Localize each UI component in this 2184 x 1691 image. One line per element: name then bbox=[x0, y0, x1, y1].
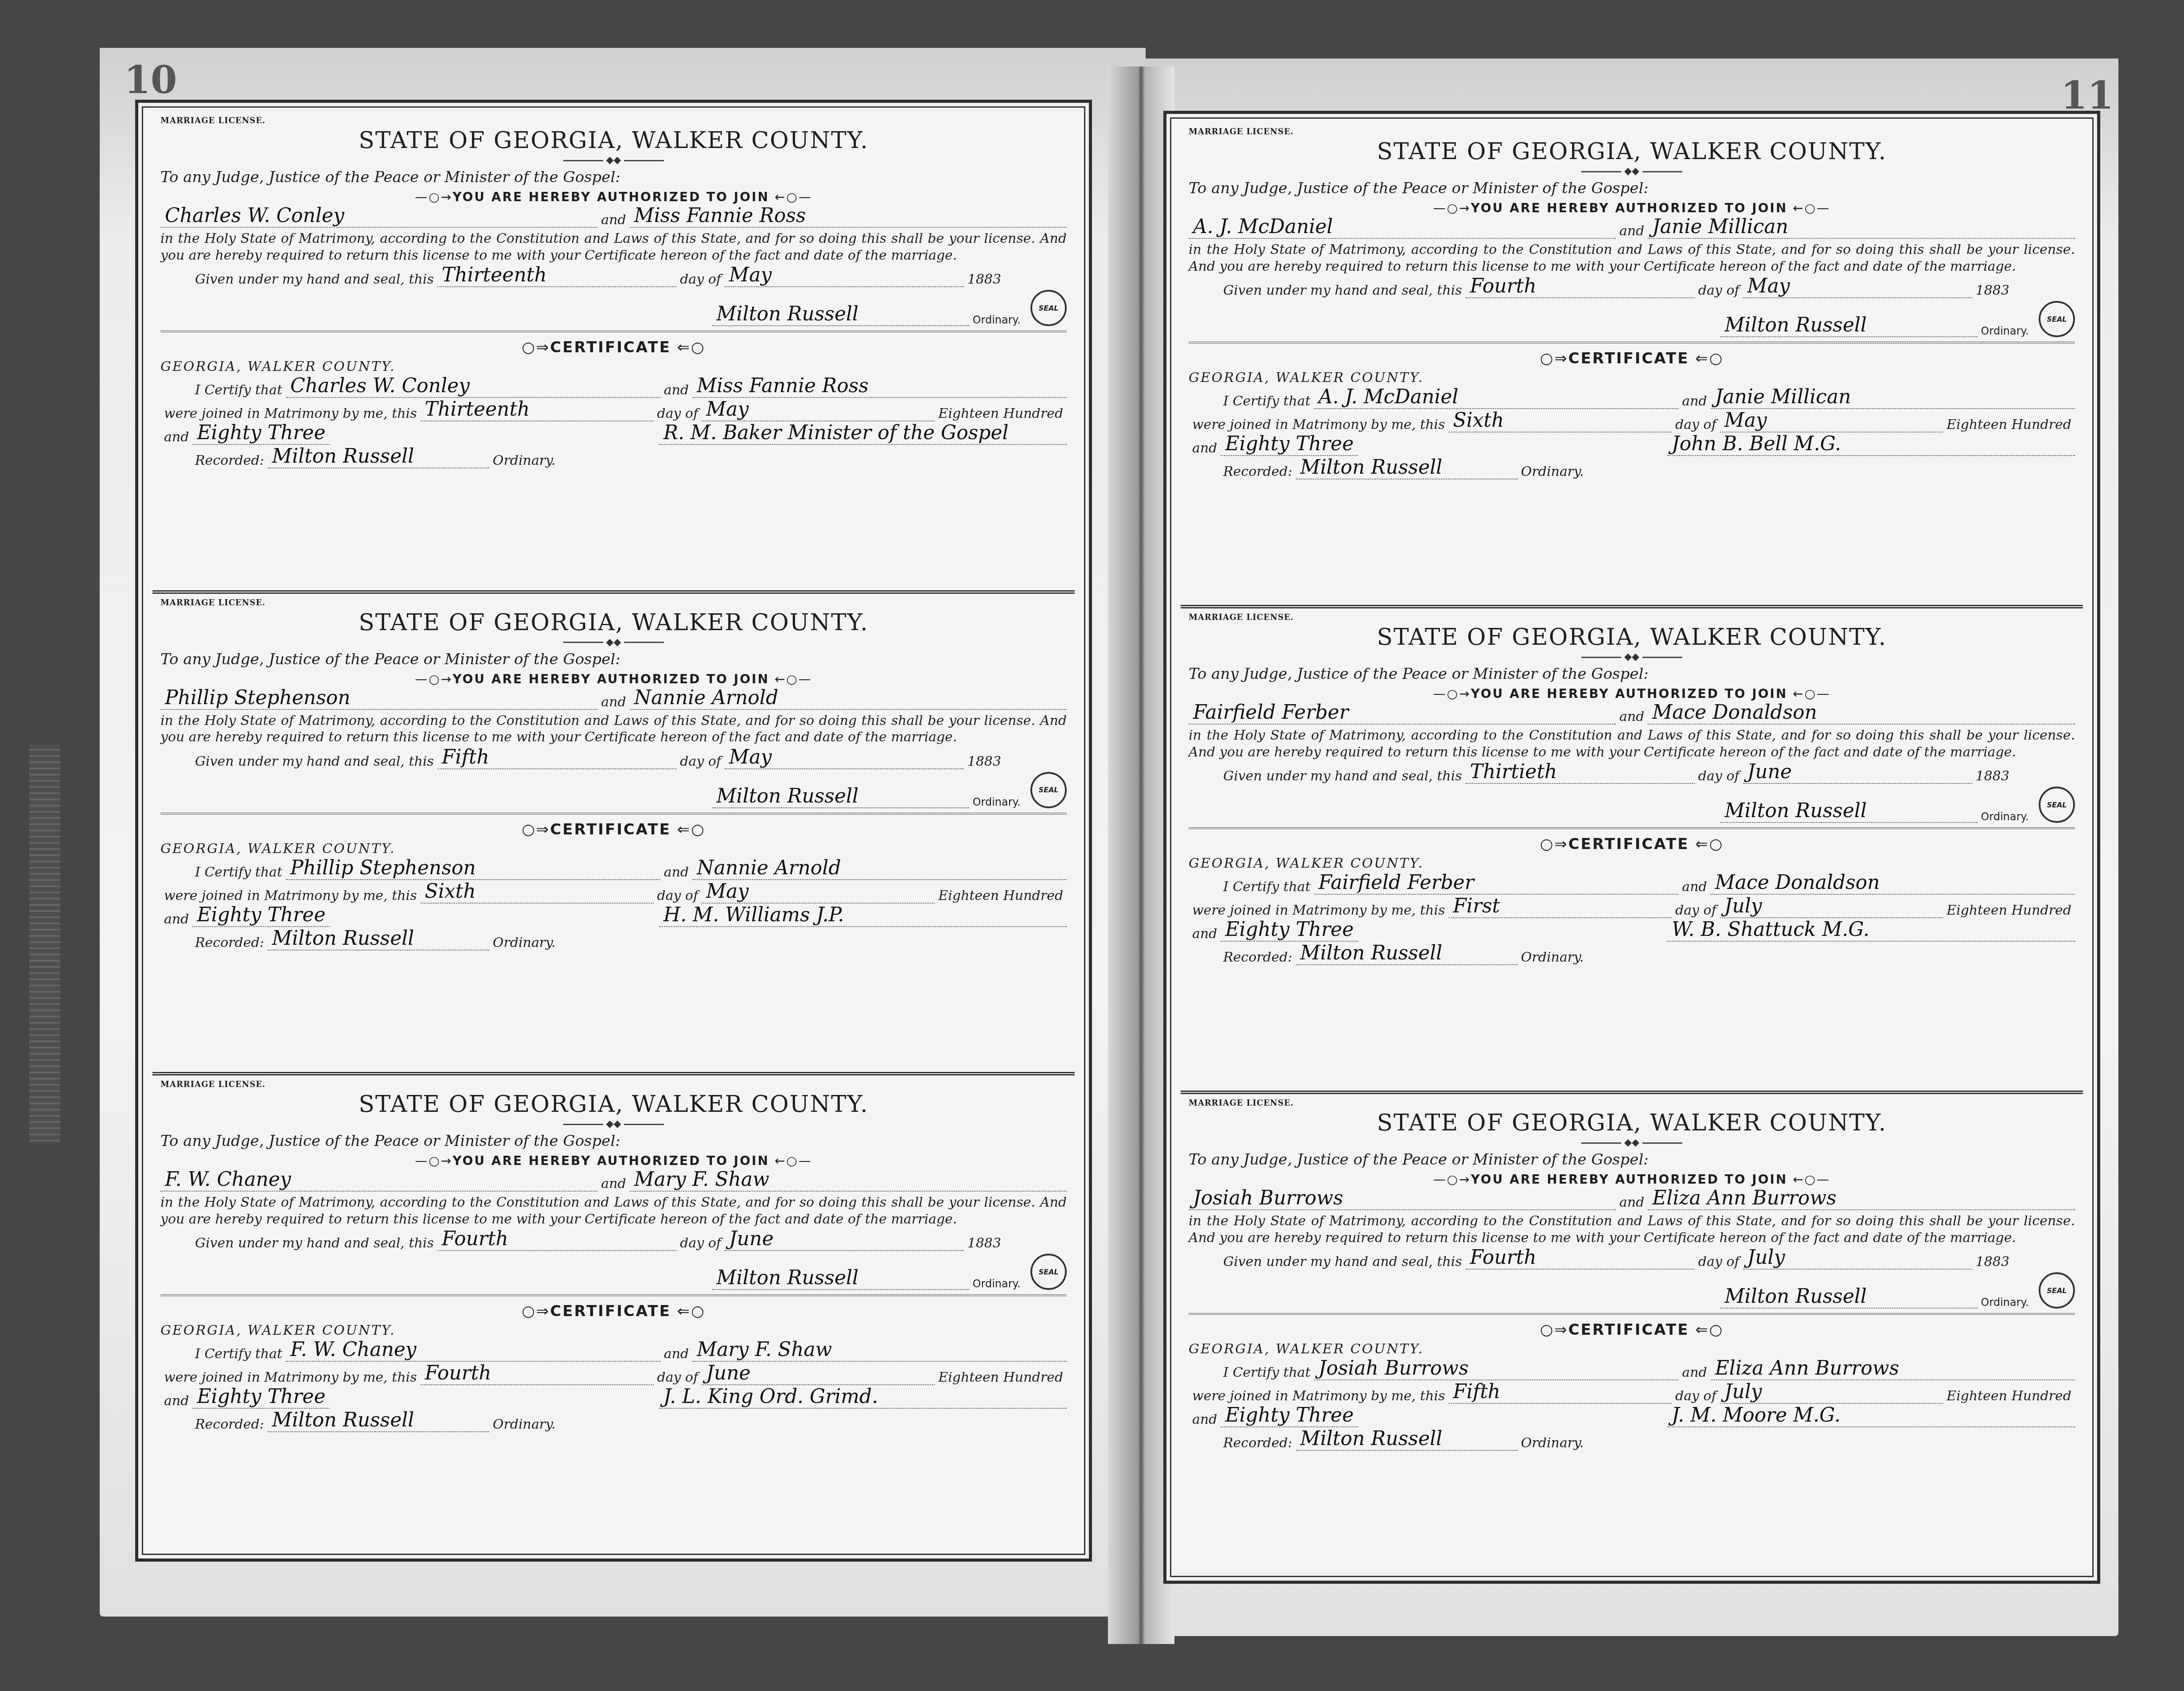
eighteen-hundred-label: Eighteen Hundred bbox=[935, 1370, 1067, 1385]
certificate-heading: CERTIFICATE bbox=[160, 331, 1067, 356]
joined-day: Sixth bbox=[421, 880, 654, 904]
license-tag: MARRIAGE LICENSE. bbox=[160, 598, 1067, 608]
recorded-row: Recorded: Milton Russell Ordinary. bbox=[1189, 1427, 2075, 1451]
cert-bride-name: Mary F. Shaw bbox=[692, 1338, 1067, 1362]
right-page-entries: MARRIAGE LICENSE. STATE OF GEORGIA, WALK… bbox=[1181, 123, 2083, 1576]
and-year-label: and bbox=[1189, 1412, 1221, 1427]
license-salutation: To any Judge, Justice of the Peace or Mi… bbox=[1189, 665, 2075, 683]
license-title: STATE OF GEORGIA, WALKER COUNTY. bbox=[1189, 1110, 2075, 1136]
and-label: and bbox=[1678, 1365, 1710, 1380]
seal-icon: SEAL bbox=[2039, 301, 2075, 337]
certificate-heading: CERTIFICATE bbox=[1189, 1313, 2075, 1339]
certify-row: I Certify that A. J. McDaniel and Janie … bbox=[1189, 386, 2075, 409]
license-title: STATE OF GEORGIA, WALKER COUNTY. bbox=[1189, 624, 2075, 651]
groom-name: A. J. McDaniel bbox=[1189, 215, 1616, 239]
day-of-label: day of bbox=[1672, 1388, 1720, 1404]
and-label: and bbox=[1678, 394, 1710, 409]
joined-prefix: were joined in Matrimony by me, this bbox=[160, 888, 421, 904]
day-of-label: day of bbox=[676, 754, 725, 769]
joined-day: Fourth bbox=[421, 1362, 654, 1385]
seal-icon: SEAL bbox=[1030, 772, 1067, 808]
joined-day: Thirteenth bbox=[421, 398, 654, 421]
ordinary-signature: Milton Russell bbox=[712, 1266, 969, 1290]
ordinary-signature-row: Milton Russell Ordinary. SEAL bbox=[160, 772, 1067, 808]
given-prefix: Given under my hand and seal, this bbox=[191, 754, 437, 769]
ordinary-label: Ordinary. bbox=[1977, 1296, 2032, 1309]
given-month: May bbox=[725, 746, 964, 769]
joined-day: Sixth bbox=[1449, 409, 1672, 432]
couple-row: Fairfield Ferber and Mace Donaldson bbox=[1189, 701, 2075, 725]
bride-name: Janie Millican bbox=[1648, 215, 2075, 239]
license-year: 1883 bbox=[964, 754, 1005, 769]
cert-groom-name: Phillip Stephenson bbox=[286, 857, 660, 880]
and-label: and bbox=[1616, 1195, 1648, 1210]
authorized-heading: YOU ARE HEREBY AUTHORIZED TO JOIN bbox=[1189, 201, 2075, 215]
joined-row: were joined in Matrimony by me, this Fir… bbox=[1189, 895, 2075, 918]
license-body: in the Holy State of Matrimony, accordin… bbox=[160, 230, 1067, 264]
authorized-heading: YOU ARE HEREBY AUTHORIZED TO JOIN bbox=[160, 672, 1067, 686]
joined-row: were joined in Matrimony by me, this Six… bbox=[1189, 409, 2075, 432]
given-row: Given under my hand and seal, this Fourt… bbox=[160, 1227, 1067, 1251]
year-officiant-row: and Eighty Three J. L. King Ord. Grimd. bbox=[160, 1385, 1067, 1409]
certify-row: I Certify that Fairfield Ferber and Mace… bbox=[1189, 871, 2075, 895]
couple-row: Josiah Burrows and Eliza Ann Burrows bbox=[1189, 1187, 2075, 1210]
and-label: and bbox=[660, 1346, 692, 1362]
page-number-left: 10 bbox=[124, 58, 177, 102]
year-in-words: Eighty Three bbox=[192, 1385, 330, 1409]
license-year: 1883 bbox=[1972, 768, 2013, 784]
given-month: May bbox=[1743, 275, 1972, 298]
recorded-label: Recorded: bbox=[191, 935, 268, 951]
ordinary-label: Ordinary. bbox=[969, 314, 1024, 326]
and-year-label: and bbox=[1189, 440, 1221, 456]
officiant-signature: J. M. Moore M.G. bbox=[1667, 1404, 2075, 1427]
groom-name: F. W. Chaney bbox=[160, 1168, 597, 1192]
license-year: 1883 bbox=[964, 1235, 1005, 1251]
recorded-row: Recorded: Milton Russell Ordinary. bbox=[160, 927, 1067, 951]
eighteen-hundred-label: Eighteen Hundred bbox=[935, 406, 1067, 421]
left-page-entries: MARRIAGE LICENSE. STATE OF GEORGIA, WALK… bbox=[152, 112, 1075, 1554]
license-salutation: To any Judge, Justice of the Peace or Mi… bbox=[160, 651, 1067, 668]
license-body: in the Holy State of Matrimony, accordin… bbox=[160, 1194, 1067, 1227]
license-body: in the Holy State of Matrimony, accordin… bbox=[1189, 242, 2075, 275]
license-tag: MARRIAGE LICENSE. bbox=[1189, 127, 2075, 136]
groom-name: Fairfield Ferber bbox=[1189, 701, 1616, 725]
recorded-row: Recorded: Milton Russell Ordinary. bbox=[160, 445, 1067, 468]
recorded-label: Recorded: bbox=[191, 1417, 268, 1432]
couple-row: A. J. McDaniel and Janie Millican bbox=[1189, 215, 2075, 239]
joined-prefix: were joined in Matrimony by me, this bbox=[1189, 903, 1449, 918]
ordinary-label: Ordinary. bbox=[1517, 1435, 1587, 1451]
officiant-signature: J. L. King Ord. Grimd. bbox=[659, 1385, 1067, 1409]
bride-name: Nannie Arnold bbox=[630, 686, 1067, 710]
given-day: Fifth bbox=[437, 746, 677, 769]
bride-name: Miss Fannie Ross bbox=[630, 204, 1067, 228]
ordinary-signature: Milton Russell bbox=[712, 785, 969, 808]
certify-row: I Certify that Charles W. Conley and Mis… bbox=[160, 374, 1067, 398]
license-tag: MARRIAGE LICENSE. bbox=[1189, 1099, 2075, 1108]
joined-row: were joined in Matrimony by me, this Thi… bbox=[160, 398, 1067, 421]
license-title: STATE OF GEORGIA, WALKER COUNTY. bbox=[160, 609, 1067, 636]
ordinary-label: Ordinary. bbox=[1977, 325, 2032, 337]
license-title: STATE OF GEORGIA, WALKER COUNTY. bbox=[160, 1091, 1067, 1118]
year-in-words: Eighty Three bbox=[192, 904, 330, 927]
marriage-record: MARRIAGE LICENSE. STATE OF GEORGIA, WALK… bbox=[1181, 608, 2083, 1094]
ordinary-label: Ordinary. bbox=[489, 1417, 559, 1432]
given-prefix: Given under my hand and seal, this bbox=[1220, 283, 1466, 298]
marriage-record: MARRIAGE LICENSE. STATE OF GEORGIA, WALK… bbox=[152, 594, 1075, 1076]
and-label: and bbox=[597, 1176, 629, 1192]
license-tag: MARRIAGE LICENSE. bbox=[160, 1080, 1067, 1089]
license-year: 1883 bbox=[1972, 1254, 2013, 1270]
couple-row: F. W. Chaney and Mary F. Shaw bbox=[160, 1168, 1067, 1192]
authorized-heading: YOU ARE HEREBY AUTHORIZED TO JOIN bbox=[160, 190, 1067, 204]
and-year-label: and bbox=[160, 912, 192, 927]
divider-ornament-icon: ◆◆ bbox=[1189, 166, 2075, 177]
recorded-by-signature: Milton Russell bbox=[268, 927, 489, 951]
certificate-heading: CERTIFICATE bbox=[160, 1294, 1067, 1320]
cert-bride-name: Mace Donaldson bbox=[1711, 871, 2075, 895]
recorded-row: Recorded: Milton Russell Ordinary. bbox=[1189, 942, 2075, 965]
officiant-signature: R. M. Baker Minister of the Gospel bbox=[659, 421, 1067, 445]
marriage-record: MARRIAGE LICENSE. STATE OF GEORGIA, WALK… bbox=[152, 112, 1075, 594]
joined-row: were joined in Matrimony by me, this Fou… bbox=[160, 1362, 1067, 1385]
certify-prefix: I Certify that bbox=[191, 1346, 286, 1362]
joined-row: were joined in Matrimony by me, this Fif… bbox=[1189, 1380, 2075, 1404]
joined-month: May bbox=[702, 880, 935, 904]
recorded-by-signature: Milton Russell bbox=[268, 1409, 489, 1432]
authorized-heading: YOU ARE HEREBY AUTHORIZED TO JOIN bbox=[1189, 1172, 2075, 1187]
recorded-row: Recorded: Milton Russell Ordinary. bbox=[160, 1409, 1067, 1432]
license-year: 1883 bbox=[1972, 283, 2013, 298]
certify-prefix: I Certify that bbox=[191, 382, 286, 398]
given-prefix: Given under my hand and seal, this bbox=[1220, 1254, 1466, 1270]
recorded-label: Recorded: bbox=[1220, 464, 1296, 479]
year-in-words: Eighty Three bbox=[1221, 1404, 1358, 1427]
joined-prefix: were joined in Matrimony by me, this bbox=[1189, 417, 1449, 432]
certify-prefix: I Certify that bbox=[1220, 879, 1314, 895]
ordinary-label: Ordinary. bbox=[969, 1278, 1024, 1290]
certificate-county: GEORGIA, WALKER COUNTY. bbox=[160, 841, 1067, 857]
given-row: Given under my hand and seal, this Thirt… bbox=[1189, 760, 2075, 784]
license-year: 1883 bbox=[964, 272, 1005, 287]
recorded-by-signature: Milton Russell bbox=[1296, 456, 1517, 479]
joined-prefix: were joined in Matrimony by me, this bbox=[1189, 1388, 1449, 1404]
ordinary-signature: Milton Russell bbox=[1720, 799, 1977, 823]
ordinary-signature: Milton Russell bbox=[1720, 1285, 1977, 1309]
certificate-county: GEORGIA, WALKER COUNTY. bbox=[1189, 370, 2075, 386]
given-day: Fourth bbox=[1466, 275, 1695, 298]
license-title: STATE OF GEORGIA, WALKER COUNTY. bbox=[160, 127, 1067, 154]
day-of-label: day of bbox=[1695, 768, 1743, 784]
and-label: and bbox=[1678, 879, 1710, 895]
left-page-frame: MARRIAGE LICENSE. STATE OF GEORGIA, WALK… bbox=[135, 100, 1092, 1562]
recorded-by-signature: Milton Russell bbox=[1296, 1427, 1517, 1451]
year-in-words: Eighty Three bbox=[1221, 432, 1358, 456]
joined-day: First bbox=[1449, 895, 1672, 918]
given-day: Thirteenth bbox=[437, 264, 677, 287]
ordinary-signature: Milton Russell bbox=[712, 303, 969, 326]
recorded-by-signature: Milton Russell bbox=[268, 445, 489, 468]
eighteen-hundred-label: Eighteen Hundred bbox=[1943, 1388, 2075, 1404]
recorded-label: Recorded: bbox=[1220, 950, 1296, 965]
joined-month: June bbox=[702, 1362, 935, 1385]
marriage-record: MARRIAGE LICENSE. STATE OF GEORGIA, WALK… bbox=[1181, 1094, 2083, 1576]
day-of-label: day of bbox=[676, 272, 725, 287]
ordinary-signature: Milton Russell bbox=[1720, 314, 1977, 337]
couple-row: Charles W. Conley and Miss Fannie Ross bbox=[160, 204, 1067, 228]
given-row: Given under my hand and seal, this Fourt… bbox=[1189, 1246, 2075, 1270]
given-row: Given under my hand and seal, this Fifth… bbox=[160, 746, 1067, 769]
and-year-label: and bbox=[1189, 926, 1221, 942]
license-body: in the Holy State of Matrimony, accordin… bbox=[1189, 1213, 2075, 1246]
eighteen-hundred-label: Eighteen Hundred bbox=[1943, 417, 2075, 432]
seal-icon: SEAL bbox=[1030, 290, 1067, 326]
groom-name: Charles W. Conley bbox=[160, 204, 597, 228]
cert-bride-name: Nannie Arnold bbox=[692, 857, 1067, 880]
license-salutation: To any Judge, Justice of the Peace or Mi… bbox=[160, 1132, 1067, 1150]
cert-groom-name: Josiah Burrows bbox=[1314, 1357, 1678, 1380]
given-month: June bbox=[1743, 760, 1972, 784]
and-label: and bbox=[1616, 223, 1648, 239]
and-label: and bbox=[597, 212, 629, 228]
certify-prefix: I Certify that bbox=[191, 865, 286, 880]
license-title: STATE OF GEORGIA, WALKER COUNTY. bbox=[1189, 138, 2075, 165]
day-of-label: day of bbox=[654, 888, 702, 904]
ordinary-signature-row: Milton Russell Ordinary. SEAL bbox=[1189, 787, 2075, 823]
joined-day: Fifth bbox=[1449, 1380, 1672, 1404]
given-month: July bbox=[1743, 1246, 1972, 1270]
recorded-by-signature: Milton Russell bbox=[1296, 942, 1517, 965]
year-officiant-row: and Eighty Three W. B. Shattuck M.G. bbox=[1189, 918, 2075, 942]
given-day: Thirtieth bbox=[1466, 760, 1695, 784]
ordinary-signature-row: Milton Russell Ordinary. SEAL bbox=[160, 1254, 1067, 1290]
joined-month: July bbox=[1720, 895, 1943, 918]
groom-name: Josiah Burrows bbox=[1189, 1187, 1616, 1210]
given-prefix: Given under my hand and seal, this bbox=[191, 1235, 437, 1251]
cert-bride-name: Eliza Ann Burrows bbox=[1711, 1357, 2075, 1380]
cert-bride-name: Janie Millican bbox=[1711, 386, 2075, 409]
eighteen-hundred-label: Eighteen Hundred bbox=[935, 888, 1067, 904]
day-of-label: day of bbox=[654, 1370, 702, 1385]
given-month: June bbox=[725, 1227, 964, 1251]
day-of-label: day of bbox=[1672, 903, 1720, 918]
officiant-signature: John B. Bell M.G. bbox=[1667, 432, 2075, 456]
certificate-county: GEORGIA, WALKER COUNTY. bbox=[1189, 856, 2075, 871]
license-tag: MARRIAGE LICENSE. bbox=[1189, 613, 2075, 622]
joined-month: July bbox=[1720, 1380, 1943, 1404]
seal-icon: SEAL bbox=[1030, 1254, 1067, 1290]
authorized-heading: YOU ARE HEREBY AUTHORIZED TO JOIN bbox=[160, 1153, 1067, 1168]
officiant-signature: H. M. Williams J.P. bbox=[659, 904, 1067, 927]
cert-bride-name: Miss Fannie Ross bbox=[692, 374, 1067, 398]
license-body: in the Holy State of Matrimony, accordin… bbox=[160, 713, 1067, 746]
certify-row: I Certify that Phillip Stephenson and Na… bbox=[160, 857, 1067, 880]
marriage-record: MARRIAGE LICENSE. STATE OF GEORGIA, WALK… bbox=[1181, 123, 2083, 608]
license-salutation: To any Judge, Justice of the Peace or Mi… bbox=[1189, 1151, 2075, 1169]
joined-prefix: were joined in Matrimony by me, this bbox=[160, 406, 421, 421]
certify-prefix: I Certify that bbox=[1220, 394, 1314, 409]
groom-name: Phillip Stephenson bbox=[160, 686, 597, 710]
bride-name: Mace Donaldson bbox=[1648, 701, 2075, 725]
and-year-label: and bbox=[160, 429, 192, 445]
ordinary-label: Ordinary. bbox=[489, 935, 559, 951]
year-officiant-row: and Eighty Three R. M. Baker Minister of… bbox=[160, 421, 1067, 445]
cert-groom-name: F. W. Chaney bbox=[286, 1338, 660, 1362]
ordinary-signature-row: Milton Russell Ordinary. SEAL bbox=[160, 290, 1067, 326]
year-in-words: Eighty Three bbox=[192, 421, 330, 445]
day-of-label: day of bbox=[1672, 417, 1720, 432]
certify-row: I Certify that Josiah Burrows and Eliza … bbox=[1189, 1357, 2075, 1380]
year-officiant-row: and Eighty Three H. M. Williams J.P. bbox=[160, 904, 1067, 927]
eighteen-hundred-label: Eighteen Hundred bbox=[1943, 903, 2075, 918]
ordinary-label: Ordinary. bbox=[1977, 810, 2032, 823]
license-salutation: To any Judge, Justice of the Peace or Mi… bbox=[160, 168, 1067, 186]
certificate-county: GEORGIA, WALKER COUNTY. bbox=[160, 359, 1067, 374]
year-officiant-row: and Eighty Three John B. Bell M.G. bbox=[1189, 432, 2075, 456]
divider-ornament-icon: ◆◆ bbox=[160, 1118, 1067, 1130]
joined-month: May bbox=[1720, 409, 1943, 432]
given-day: Fourth bbox=[437, 1227, 677, 1251]
ordinary-label: Ordinary. bbox=[489, 453, 559, 468]
divider-ornament-icon: ◆◆ bbox=[160, 155, 1067, 166]
license-tag: MARRIAGE LICENSE. bbox=[160, 116, 1067, 125]
cert-groom-name: Fairfield Ferber bbox=[1314, 871, 1678, 895]
and-year-label: and bbox=[160, 1393, 192, 1409]
joined-prefix: were joined in Matrimony by me, this bbox=[160, 1370, 421, 1385]
license-body: in the Holy State of Matrimony, accordin… bbox=[1189, 727, 2075, 760]
right-page-frame: MARRIAGE LICENSE. STATE OF GEORGIA, WALK… bbox=[1163, 111, 2100, 1584]
given-prefix: Given under my hand and seal, this bbox=[191, 272, 437, 287]
recorded-label: Recorded: bbox=[191, 453, 268, 468]
cert-groom-name: A. J. McDaniel bbox=[1314, 386, 1678, 409]
day-of-label: day of bbox=[676, 1235, 725, 1251]
certify-row: I Certify that F. W. Chaney and Mary F. … bbox=[160, 1338, 1067, 1362]
license-salutation: To any Judge, Justice of the Peace or Mi… bbox=[1189, 179, 2075, 197]
cert-groom-name: Charles W. Conley bbox=[286, 374, 660, 398]
and-label: and bbox=[1616, 709, 1648, 725]
certificate-heading: CERTIFICATE bbox=[1189, 827, 2075, 853]
ordinary-signature-row: Milton Russell Ordinary. SEAL bbox=[1189, 301, 2075, 337]
given-row: Given under my hand and seal, this Fourt… bbox=[1189, 275, 2075, 298]
day-of-label: day of bbox=[654, 406, 702, 421]
given-row: Given under my hand and seal, this Thirt… bbox=[160, 264, 1067, 287]
officiant-signature: W. B. Shattuck M.G. bbox=[1667, 918, 2075, 942]
certificate-county: GEORGIA, WALKER COUNTY. bbox=[160, 1323, 1067, 1338]
recorded-row: Recorded: Milton Russell Ordinary. bbox=[1189, 456, 2075, 479]
year-officiant-row: and Eighty Three J. M. Moore M.G. bbox=[1189, 1404, 2075, 1427]
and-label: and bbox=[660, 382, 692, 398]
recorded-label: Recorded: bbox=[1220, 1435, 1296, 1451]
ordinary-signature-row: Milton Russell Ordinary. SEAL bbox=[1189, 1272, 2075, 1309]
given-prefix: Given under my hand and seal, this bbox=[1220, 768, 1466, 784]
and-label: and bbox=[660, 865, 692, 880]
divider-ornament-icon: ◆◆ bbox=[160, 637, 1067, 648]
given-day: Fourth bbox=[1466, 1246, 1695, 1270]
day-of-label: day of bbox=[1695, 1254, 1743, 1270]
certificate-county: GEORGIA, WALKER COUNTY. bbox=[1189, 1341, 2075, 1357]
day-of-label: day of bbox=[1695, 283, 1743, 298]
and-label: and bbox=[597, 694, 629, 710]
seal-icon: SEAL bbox=[2039, 787, 2075, 823]
joined-month: May bbox=[702, 398, 935, 421]
authorized-heading: YOU ARE HEREBY AUTHORIZED TO JOIN bbox=[1189, 686, 2075, 701]
divider-ornament-icon: ◆◆ bbox=[1189, 1137, 2075, 1148]
bride-name: Eliza Ann Burrows bbox=[1648, 1187, 2075, 1210]
certificate-heading: CERTIFICATE bbox=[160, 813, 1067, 838]
marriage-record: MARRIAGE LICENSE. STATE OF GEORGIA, WALK… bbox=[152, 1075, 1075, 1554]
year-in-words: Eighty Three bbox=[1221, 918, 1358, 942]
book-spine-edge bbox=[29, 744, 60, 1143]
joined-row: were joined in Matrimony by me, this Six… bbox=[160, 880, 1067, 904]
bride-name: Mary F. Shaw bbox=[630, 1168, 1067, 1192]
given-month: May bbox=[725, 264, 964, 287]
certify-prefix: I Certify that bbox=[1220, 1365, 1314, 1380]
couple-row: Phillip Stephenson and Nannie Arnold bbox=[160, 686, 1067, 710]
ordinary-label: Ordinary. bbox=[1517, 950, 1587, 965]
seal-icon: SEAL bbox=[2039, 1272, 2075, 1309]
certificate-heading: CERTIFICATE bbox=[1189, 342, 2075, 367]
ordinary-label: Ordinary. bbox=[969, 796, 1024, 808]
ordinary-label: Ordinary. bbox=[1517, 464, 1587, 479]
divider-ornament-icon: ◆◆ bbox=[1189, 651, 2075, 662]
